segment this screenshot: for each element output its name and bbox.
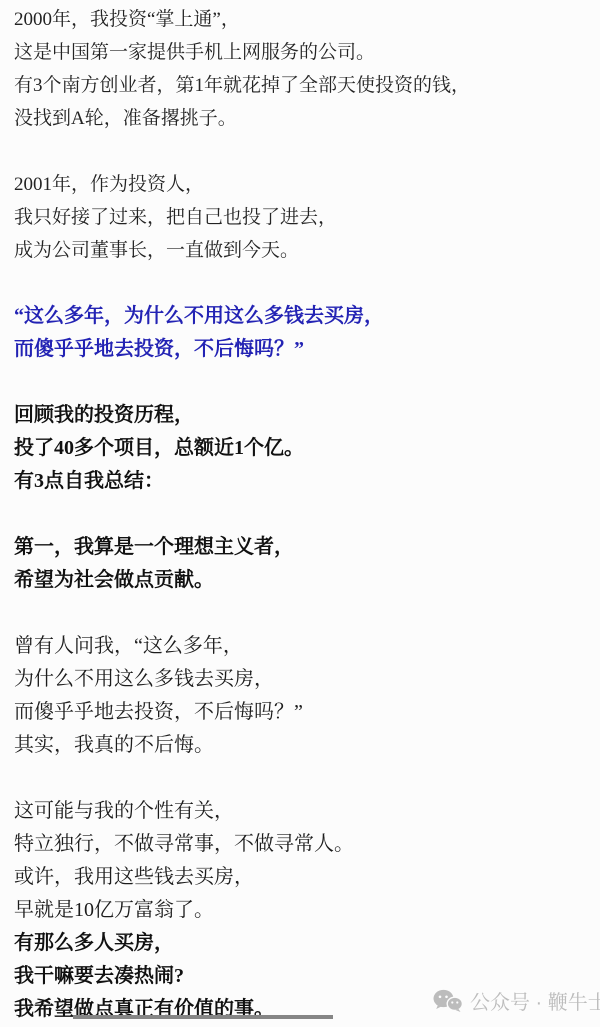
article-body: 2000年，我投资“掌上通”， 这是中国第一家提供手机上网服务的公司。 有3个南… bbox=[0, 0, 600, 1026]
text-line: 这可能与我的个性有关， bbox=[14, 795, 600, 828]
text-line: 而傻乎乎地去投资，不后悔吗？” bbox=[14, 696, 600, 729]
text-line: 有3点自我总结： bbox=[14, 465, 600, 498]
text-line: 或许，我用这些钱去买房， bbox=[14, 861, 600, 894]
text-line: 没找到A轮，准备撂挑子。 bbox=[14, 102, 600, 135]
text-line: 2001年，作为投资人， bbox=[14, 168, 600, 201]
wechat-watermark: 公众号 · 鞭牛士 bbox=[433, 986, 600, 1015]
paragraph-first-idealist: 第一，我算是一个理想主义者， 希望为社会做点贡献。 bbox=[14, 531, 600, 597]
paragraph-people-asked: 曾有人问我，“这么多年， 为什么不用这么多钱去买房， 而傻乎乎地去投资，不后悔吗… bbox=[14, 630, 600, 762]
paragraph-2000-investment: 2000年，我投资“掌上通”， 这是中国第一家提供手机上网服务的公司。 有3个南… bbox=[14, 3, 600, 135]
text-line: 2000年，我投资“掌上通”， bbox=[14, 3, 600, 36]
text-line: 第一，我算是一个理想主义者， bbox=[14, 531, 600, 564]
paragraph-blue-quote: “这么多年，为什么不用这么多钱去买房， 而傻乎乎地去投资，不后悔吗？” bbox=[14, 300, 600, 366]
text-line: 有那么多人买房， bbox=[14, 927, 600, 960]
wechat-official-account-icon bbox=[433, 989, 463, 1013]
text-line: “这么多年，为什么不用这么多钱去买房， bbox=[14, 300, 600, 333]
article-page: 2000年，我投资“掌上通”， 这是中国第一家提供手机上网服务的公司。 有3个南… bbox=[0, 0, 600, 1027]
text-line: 有3个南方创业者，第1年就花掉了全部天使投资的钱， bbox=[14, 69, 600, 102]
text-line: 曾有人问我，“这么多年， bbox=[14, 630, 600, 663]
text-line: 成为公司董事长，一直做到今天。 bbox=[14, 234, 600, 267]
text-line: 投了40多个项目，总额近1个亿。 bbox=[14, 432, 600, 465]
paragraph-2001-chairman: 2001年，作为投资人， 我只好接了过来，把自己也投了进去， 成为公司董事长，一… bbox=[14, 168, 600, 267]
text-line: 希望为社会做点贡献。 bbox=[14, 564, 600, 597]
underline-bar bbox=[73, 1015, 333, 1019]
text-line: 而傻乎乎地去投资，不后悔吗？” bbox=[14, 333, 600, 366]
watermark-label: 公众号 · 鞭牛士 bbox=[470, 986, 600, 1015]
text-line: 回顾我的投资历程， bbox=[14, 399, 600, 432]
text-line: 其实，我真的不后悔。 bbox=[14, 729, 600, 762]
text-line: 为什么不用这么多钱去买房， bbox=[14, 663, 600, 696]
text-line: 我只好接了过来，把自己也投了进去， bbox=[14, 201, 600, 234]
text-line: 特立独行，不做寻常事，不做寻常人。 bbox=[14, 828, 600, 861]
text-line: 这是中国第一家提供手机上网服务的公司。 bbox=[14, 36, 600, 69]
paragraph-investment-review: 回顾我的投资历程， 投了40多个项目，总额近1个亿。 有3点自我总结： bbox=[14, 399, 600, 498]
text-line: 早就是10亿万富翁了。 bbox=[14, 894, 600, 927]
